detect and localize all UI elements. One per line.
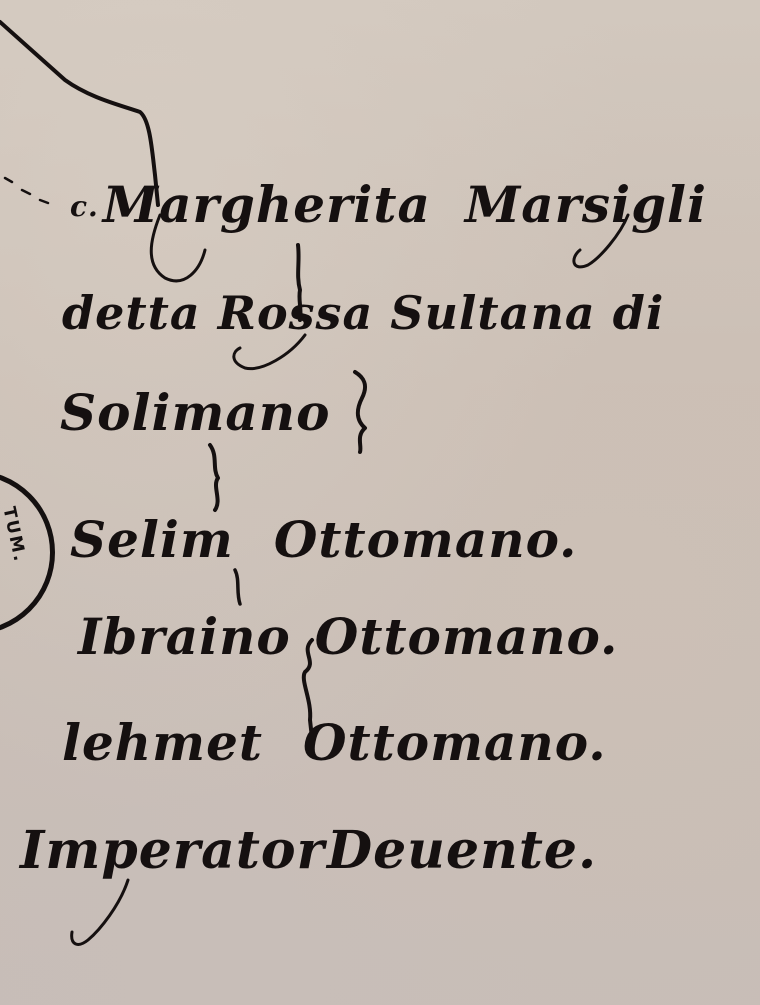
- line-1-surname: Marsigli: [465, 175, 707, 234]
- manuscript-line-4: SelimOttomano.: [70, 515, 577, 565]
- line-4-dynasty: Ottomano.: [274, 510, 578, 569]
- line-6-dynasty: Ottomano.: [303, 713, 607, 772]
- manuscript-line-3: Solimano: [60, 388, 330, 438]
- line-7-title: Imperator: [20, 820, 325, 881]
- manuscript-line-2: detta Rossa Sultana di: [62, 290, 664, 336]
- line-7-epithet: Deuente.: [327, 820, 597, 881]
- manuscript-line-1: c.MargheritaMarsigli: [70, 180, 707, 230]
- line-6-name: lehmet: [62, 713, 263, 772]
- line-1-first-name: Margherita: [103, 175, 431, 234]
- line-5-dynasty: Ottomano.: [315, 607, 619, 666]
- line-1-prefix: c.: [70, 190, 99, 223]
- manuscript-line-7: ImperatorDeuente.: [20, 825, 597, 877]
- line-4-name: Selim: [70, 510, 234, 569]
- manuscript-page: TUM. E c.MargheritaMarsigli detta Rossa …: [0, 0, 760, 1005]
- line-5-name: Ibraino: [78, 607, 291, 666]
- manuscript-line-6: lehmetOttomano.: [62, 718, 607, 768]
- manuscript-line-5: IbrainoOttomano.: [78, 612, 618, 662]
